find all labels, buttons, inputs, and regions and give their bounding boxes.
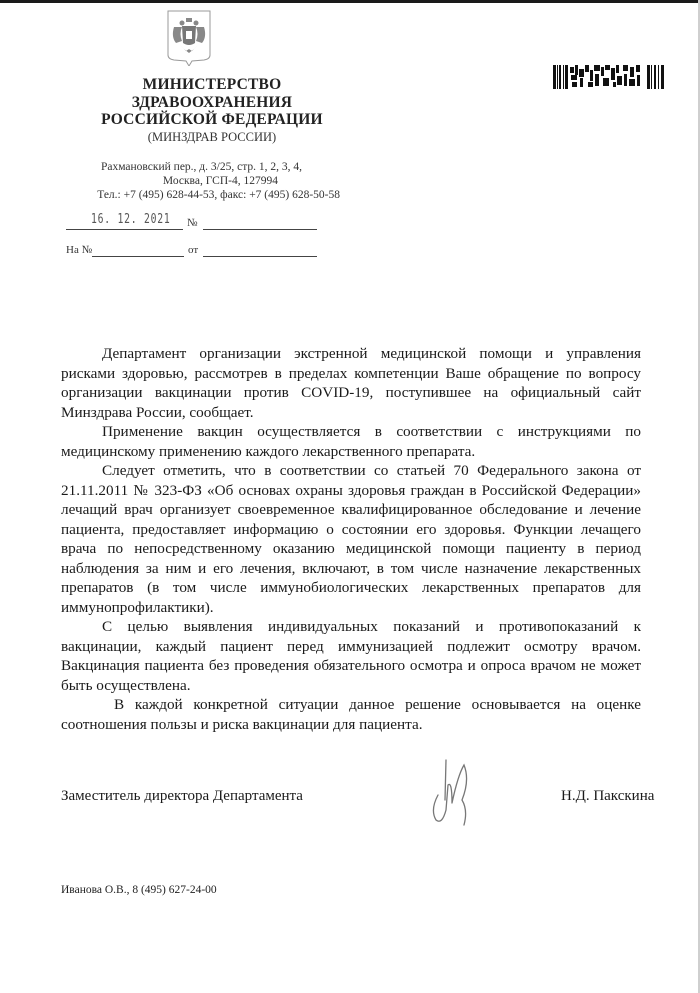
date-field-line: [66, 229, 183, 230]
coat-of-arms-icon: [166, 9, 212, 66]
body-paragraph: Применение вакцин осуществляется в соотв…: [61, 422, 641, 461]
letter-body: Департамент организации экстренной медиц…: [61, 344, 641, 734]
body-paragraph: Следует отметить, что в соответствии со …: [61, 461, 641, 617]
barcode-icon: [553, 65, 664, 91]
body-paragraph: С целью выявления индивидуальных показан…: [61, 617, 641, 695]
org-name-line2: ЗДРАВООХРАНЕНИЯ: [92, 94, 332, 112]
handwritten-signature-icon: [428, 755, 488, 830]
address-line1: Рахмановский пер., д. 3/25, стр. 1, 2, 3…: [40, 160, 302, 174]
signatory-name: Н.Д. Пакскина: [561, 788, 654, 805]
body-paragraph: В каждой конкретной ситуации данное реше…: [61, 695, 641, 734]
number-field-line: [203, 229, 317, 230]
from-label: от: [188, 244, 198, 256]
letterhead-org: МИНИСТЕРСТВО ЗДРАВООХРАНЕНИЯ РОССИЙСКОЙ …: [92, 76, 332, 145]
org-short-name: (МИНЗДРАВ РОССИИ): [92, 129, 332, 145]
scan-top-border: [0, 0, 700, 3]
body-paragraph: Департамент организации экстренной медиц…: [61, 344, 641, 422]
number-label: №: [187, 217, 198, 229]
registration-date: 16. 12. 2021: [91, 212, 170, 227]
phone-line: Тел.: +7 (495) 628-44-53, факс: +7 (495)…: [40, 188, 340, 202]
from-field-line: [203, 256, 317, 257]
reply-to-label: На №: [66, 244, 92, 256]
executor-contact: Иванова О.В., 8 (495) 627-24-00: [61, 884, 217, 896]
signatory-title: Заместитель директора Департамента: [61, 788, 303, 805]
address-line2: Москва, ГСП-4, 127994: [40, 174, 278, 188]
org-name-line1: МИНИСТЕРСТВО: [92, 76, 332, 94]
reply-to-field-line: [92, 256, 184, 257]
org-name-line3: РОССИЙСКОЙ ФЕДЕРАЦИИ: [92, 111, 332, 129]
letterhead-address: Рахмановский пер., д. 3/25, стр. 1, 2, 3…: [40, 160, 340, 203]
